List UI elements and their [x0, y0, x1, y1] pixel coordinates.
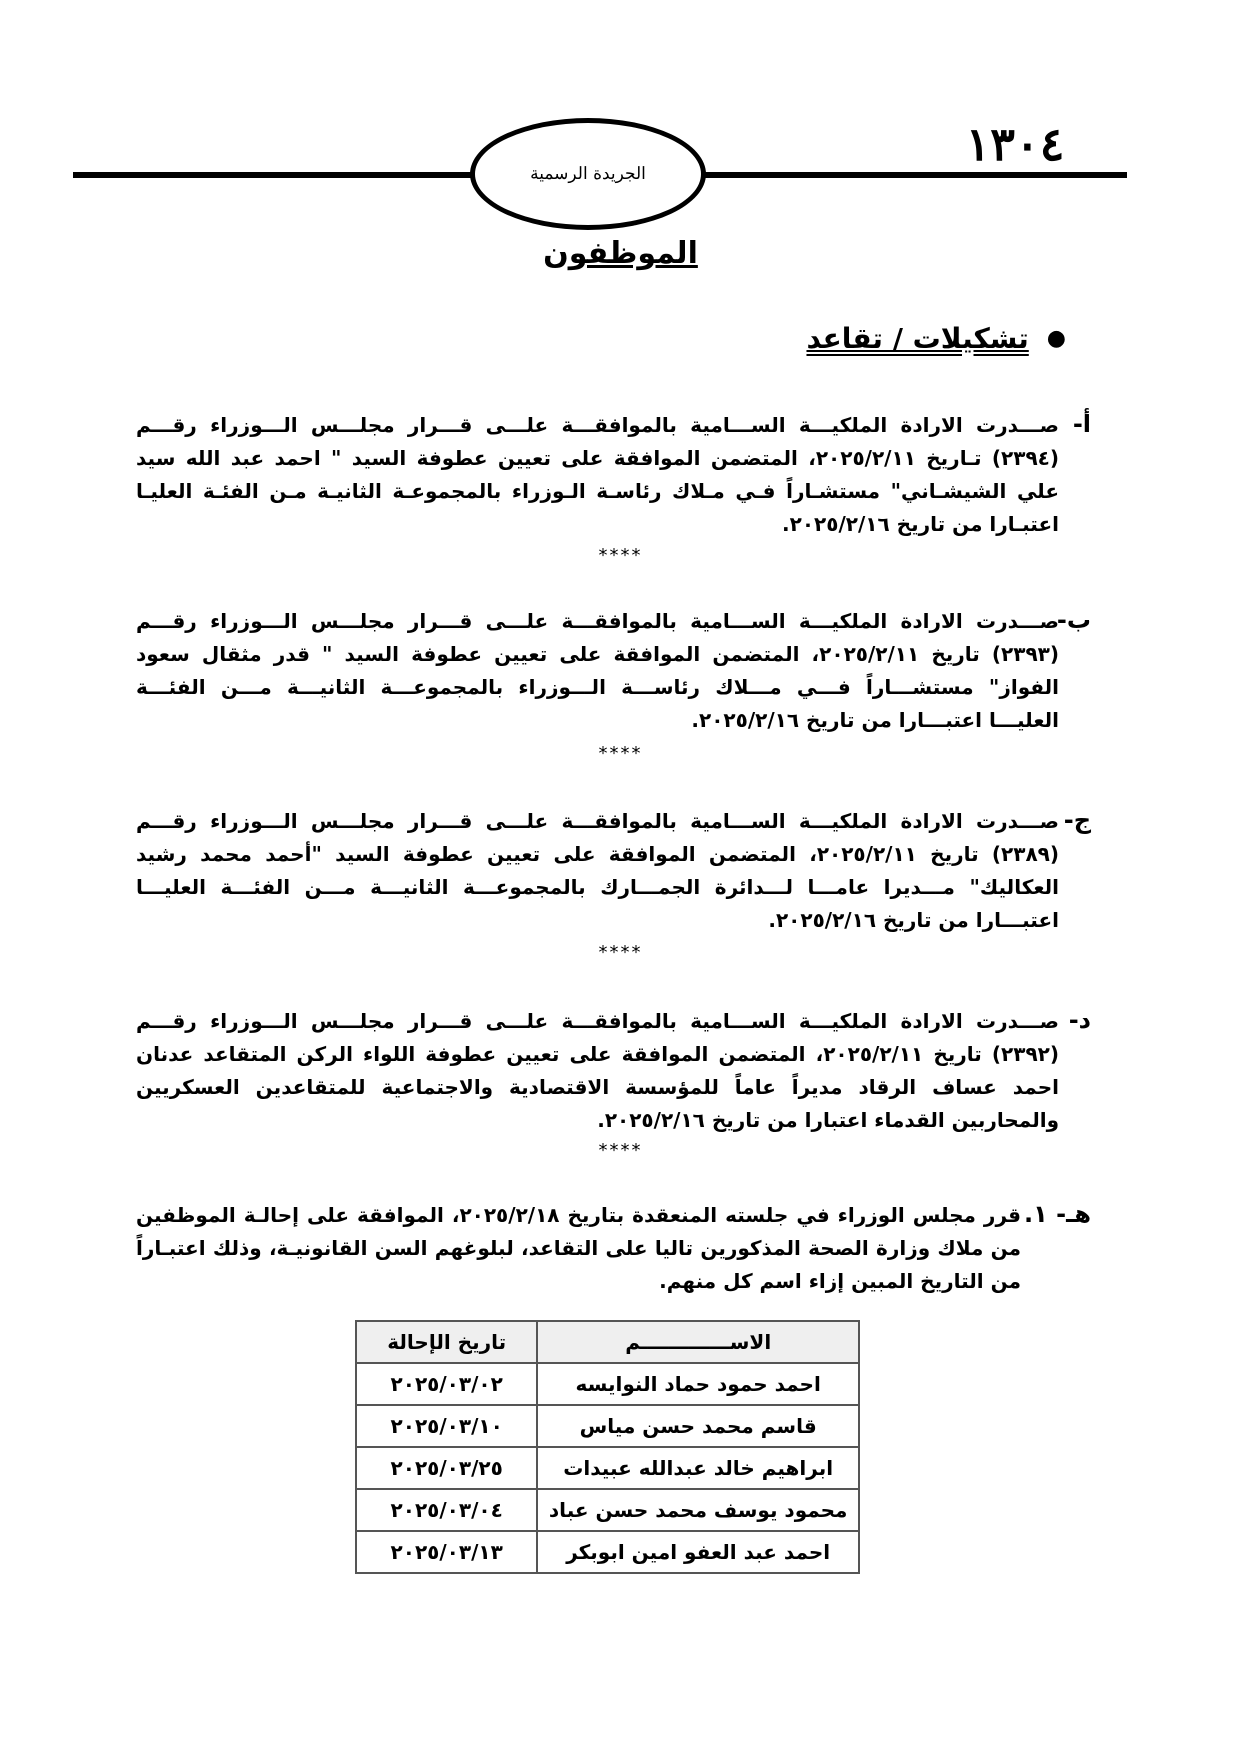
paragraph-marker: هـ- ١.: [1021, 1198, 1091, 1231]
retirement-table: الاســـــــــــــم تاريخ الإحالة احمد حم…: [355, 1320, 860, 1574]
section-heading: ● تشكيلات / تقاعد: [806, 322, 1066, 355]
paragraph-text: قرر مجلس الوزراء في جلسته المنعقدة بتاري…: [136, 1199, 1021, 1298]
paragraph-a: أ- صـــدرت الارادة الملكيـــة الســـامية…: [136, 408, 1091, 541]
bullet-icon: ●: [1047, 326, 1066, 351]
cell-name: محمود يوسف محمد حسن عباد: [537, 1489, 859, 1531]
cell-date: ٢٠٢٥/٠٣/٢٥: [356, 1447, 537, 1489]
paragraph-marker: أ-: [1059, 408, 1091, 441]
table-row: قاسم محمد حسن مياس ٢٠٢٥/٠٣/١٠: [356, 1405, 859, 1447]
table-row: ابراهيم خالد عبدالله عبيدات ٢٠٢٥/٠٣/٢٥: [356, 1447, 859, 1489]
column-header-date: تاريخ الإحالة: [356, 1321, 537, 1363]
cell-date: ٢٠٢٥/٠٣/٠٢: [356, 1363, 537, 1405]
table-header-row: الاســـــــــــــم تاريخ الإحالة: [356, 1321, 859, 1363]
section-heading-text: تشكيلات / تقاعد: [806, 322, 1028, 355]
gazette-oval-badge: الجريدة الرسمية: [470, 118, 706, 230]
paragraph-b: ب- صـــدرت الارادة الملكيـــة الســـامية…: [136, 604, 1091, 737]
separator: ****: [0, 743, 1241, 764]
paragraph-text: صـــدرت الارادة الملكيـــة الســـامية با…: [136, 1005, 1059, 1137]
cell-name: احمد حمود حماد النوايسه: [537, 1363, 859, 1405]
cell-date: ٢٠٢٥/٠٣/٠٤: [356, 1489, 537, 1531]
separator: ****: [0, 1140, 1241, 1161]
page-number: ١٣٠٤: [960, 118, 1070, 170]
page-title: الموظفون: [0, 236, 1241, 271]
cell-name: احمد عبد العفو امين ابوبكر: [537, 1531, 859, 1573]
paragraph-e: هـ- ١. قرر مجلس الوزراء في جلسته المنعقد…: [136, 1198, 1091, 1298]
cell-name: ابراهيم خالد عبدالله عبيدات: [537, 1447, 859, 1489]
paragraph-text: صـــدرت الارادة الملكيـــة الســـامية با…: [136, 605, 1059, 737]
table-row: محمود يوسف محمد حسن عباد ٢٠٢٥/٠٣/٠٤: [356, 1489, 859, 1531]
separator: ****: [0, 942, 1241, 963]
paragraph-marker: د-: [1059, 1004, 1091, 1037]
table-row: احمد عبد العفو امين ابوبكر ٢٠٢٥/٠٣/١٣: [356, 1531, 859, 1573]
paragraph-marker: ب-: [1059, 604, 1091, 637]
header-rule-left: [73, 172, 473, 178]
gazette-name: الجريدة الرسمية: [530, 164, 646, 184]
table-row: احمد حمود حماد النوايسه ٢٠٢٥/٠٣/٠٢: [356, 1363, 859, 1405]
cell-date: ٢٠٢٥/٠٣/١٣: [356, 1531, 537, 1573]
paragraph-d: د- صـــدرت الارادة الملكيـــة الســـامية…: [136, 1004, 1091, 1137]
separator: ****: [0, 545, 1241, 566]
paragraph-marker: ج-: [1059, 804, 1091, 837]
cell-name: قاسم محمد حسن مياس: [537, 1405, 859, 1447]
paragraph-text: صـــدرت الارادة الملكيـــة الســـامية با…: [136, 805, 1059, 937]
column-header-name: الاســـــــــــــم: [537, 1321, 859, 1363]
cell-date: ٢٠٢٥/٠٣/١٠: [356, 1405, 537, 1447]
paragraph-text: صـــدرت الارادة الملكيـــة الســـامية با…: [136, 409, 1059, 541]
paragraph-c: ج- صـــدرت الارادة الملكيـــة الســـامية…: [136, 804, 1091, 937]
header-rule-right: [705, 172, 1127, 178]
